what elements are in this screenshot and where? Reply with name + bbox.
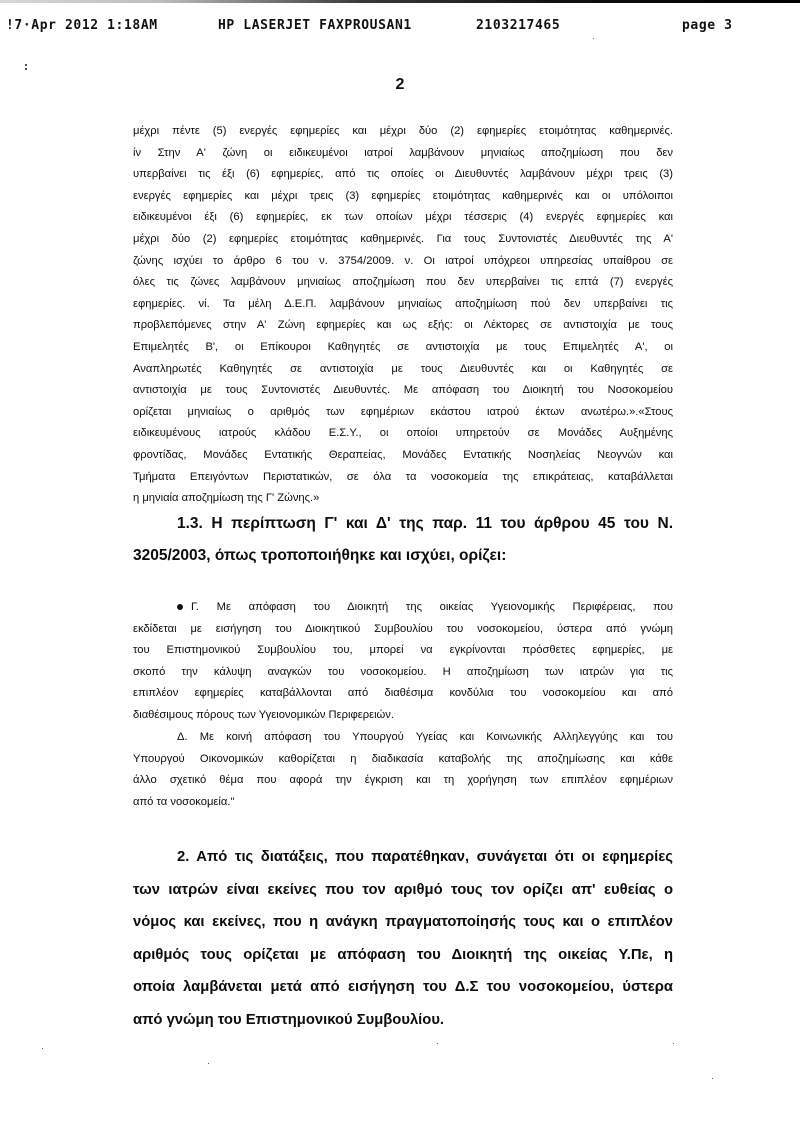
text-line: Τμήματα Επειγόντων Περιστατικών, σε όλα … [133, 467, 673, 489]
text-line: επιπλέον εφημερίες καταβάλλονται από δια… [133, 683, 673, 705]
page-number: 2 [0, 76, 800, 94]
scan-speck [712, 1078, 713, 1079]
margin-mark [25, 64, 29, 70]
fax-phone-number: 2103217465 [476, 18, 560, 33]
fax-page-label: page 3 [682, 18, 733, 33]
scan-speck [437, 1043, 438, 1044]
fax-top-edge [0, 0, 800, 3]
section-1-3-item-g: Γ. Με απόφαση του Διοικητή της οικείας Υ… [133, 597, 673, 727]
text-line: από τα νοσοκομεία." [133, 792, 673, 814]
section-1-3-heading: 1.3. Η περίπτωση Γ' και Δ' της παρ. 11 τ… [133, 508, 673, 572]
text-line: ζώνης ισχύει το άρθρο 6 του ν. 3754/2009… [133, 251, 673, 273]
text-line: ειδικευμένους ιατρούς κλάδου Ε.Σ.Υ., οι … [133, 423, 673, 445]
text-line: του Επιστημονικού Συμβουλίου του, μπορεί… [133, 640, 673, 662]
text-line: ορίζεται μηνιαίως ο αριθμός των εφημέριω… [133, 402, 673, 424]
section-1-3-item-d: Δ. Με κοινή απόφαση του Υπουργού Υγείας … [133, 727, 673, 813]
text-line: εκδίδεται με εισήγηση του Διοικητικού Συ… [133, 619, 673, 641]
scan-speck [673, 1043, 674, 1044]
scan-speck [42, 1048, 43, 1049]
text-line: Δ. Με κοινή απόφαση του Υπουργού Υγείας … [133, 727, 673, 749]
text-line: σκοπό την κάλυψη αναγκών του νοσοκομείου… [133, 662, 673, 684]
scan-speck [593, 38, 594, 39]
text-line: μέχρι δύο (2) εφημερίες ετοιμότητας καθη… [133, 229, 673, 251]
text-line: Υπουργού Οικονομικών καθορίζεται η διαδι… [133, 749, 673, 771]
text-line: υπερβαίνει τις έξι (6) εφημερίες, από τι… [133, 164, 673, 186]
text-line: εφημερίες. νί. Τα μέλη Δ.Ε.Π. λαμβάνουν … [133, 294, 673, 316]
text-line: άλλο σχετικό θέμα που αφορά την έγκριση … [133, 770, 673, 792]
text-line: Αναπληρωτές Καθηγητές σε αντιστοιχία με … [133, 359, 673, 381]
text-line: μέχρι πέντε (5) ενεργές εφημερίες και μέ… [133, 121, 673, 143]
text-line: 2. Από τις διατάξεις, που παρατέθηκαν, σ… [133, 841, 673, 874]
text-line: αντιστοιχία με τους Συντονιστές Διευθυντ… [133, 380, 673, 402]
fax-transmission-header: !7·Apr 2012 1:18AM HP LASERJET FAXPROUSA… [6, 18, 796, 38]
text-line: όλες τις ζώνες λαμβάνουν μηνιαίως αποζημ… [133, 272, 673, 294]
text-line: προβλεπόμενες στην Α' Ζώνη εφημερίες και… [133, 315, 673, 337]
text-line: ενεργές εφημερίες και μέχρι τρεις (3) εφ… [133, 186, 673, 208]
text-line: διαθέσιμους πόρους των Υγειονομικών Περι… [133, 705, 673, 727]
text-line: αριθμός τους ορίζεται με απόφαση του Διο… [133, 939, 673, 972]
text-line: οποία λαμβάνεται μετά από εισήγηση του Δ… [133, 971, 673, 1004]
text-line: η μηνιαία αποζημίωση της Γ' Ζώνης.» [133, 488, 673, 510]
paragraph-2: 2. Από τις διατάξεις, που παρατέθηκαν, σ… [133, 841, 673, 1036]
text-line: από γνώμη του Επιστημονικού Συμβουλίου. [133, 1004, 673, 1037]
text-line: Γ. Με απόφαση του Διοικητή της οικείας Υ… [191, 601, 673, 613]
text-line: Επιμελητές Β', οι Επίκουροι Καθηγητές σε… [133, 337, 673, 359]
heading-line: 3205/2003, όπως τροποποιήθηκε και ισχύει… [133, 540, 673, 572]
text-line: των ιατρών είναι εκείνες που τον αριθμό … [133, 874, 673, 907]
text-line: ίν Στην Α' ζώνη οι ειδικευμένοι ιατροί λ… [133, 143, 673, 165]
text-line: φροντίδας, Μονάδες Εντατικής Θεραπείας, … [133, 445, 673, 467]
bullet-line: Γ. Με απόφαση του Διοικητή της οικείας Υ… [133, 597, 673, 619]
fax-date-time: !7·Apr 2012 1:18AM [6, 18, 158, 33]
fax-machine-id: HP LASERJET FAXPROUSAN1 [218, 18, 412, 33]
heading-line: 1.3. Η περίπτωση Γ' και Δ' της παρ. 11 τ… [133, 508, 673, 540]
paragraph-1: μέχρι πέντε (5) ενεργές εφημερίες και μέ… [133, 121, 673, 510]
text-line: νόμος και εκείνες, που η ανάγκη πραγματο… [133, 906, 673, 939]
scan-speck [208, 1063, 209, 1064]
bullet-icon [177, 604, 183, 610]
text-line: ειδικευμένοι έξι (6) εφημερίες, εκ των ο… [133, 207, 673, 229]
